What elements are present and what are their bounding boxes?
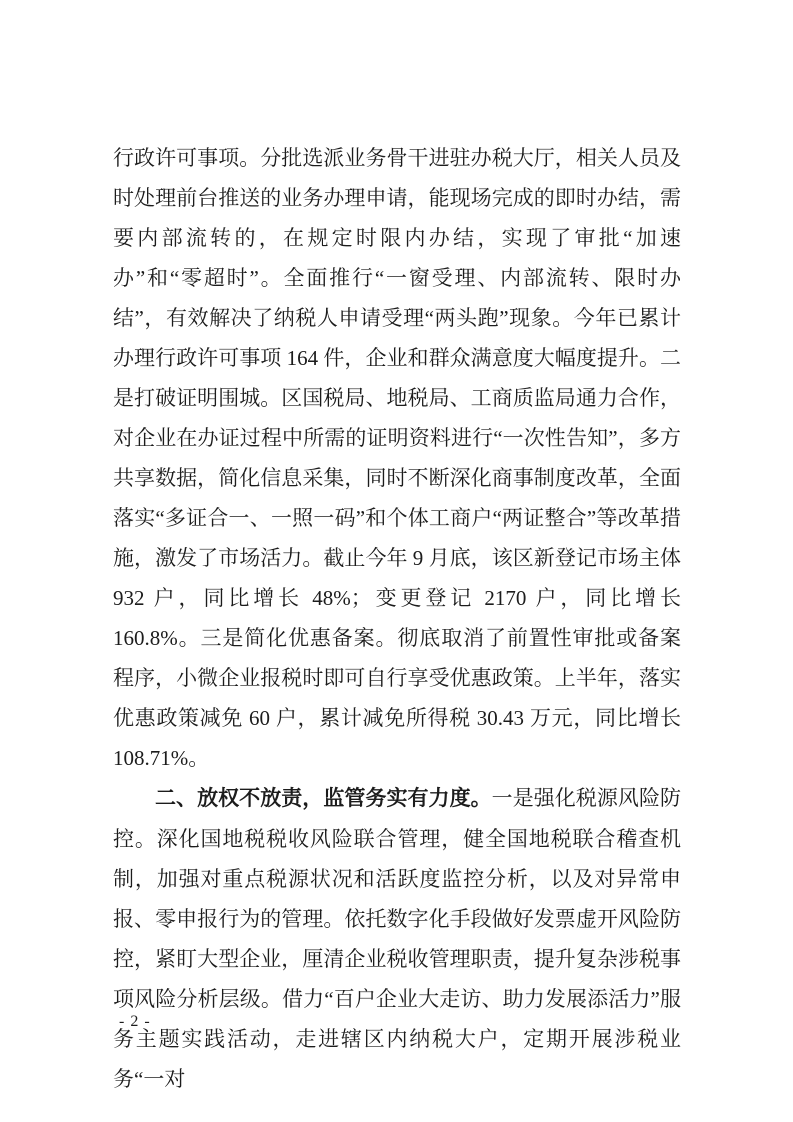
paragraph-section-two: 二、放权不放责，监管务实有力度。一是强化税源风险防控。深化国地税税收风险联合管理… (113, 778, 681, 1099)
document-body: 行政许可事项。分批选派业务骨干进驻办税大厅，相关人员及时处理前台推送的业务办理申… (113, 138, 681, 1099)
section-two-body-text: 一是强化税源风险防控。深化国地税税收风险联合管理，健全国地税联合稽查机制，加强对… (113, 786, 681, 1091)
paragraph-continuation: 行政许可事项。分批选派业务骨干进驻办税大厅，相关人员及时处理前台推送的业务办理申… (113, 138, 681, 778)
section-two-heading: 二、放权不放责，监管务实有力度。 (155, 787, 492, 810)
page-number: - 2 - (119, 1012, 151, 1032)
document-page: 行政许可事项。分批选派业务骨干进驻办税大厅，相关人员及时处理前台推送的业务办理申… (0, 0, 793, 1122)
